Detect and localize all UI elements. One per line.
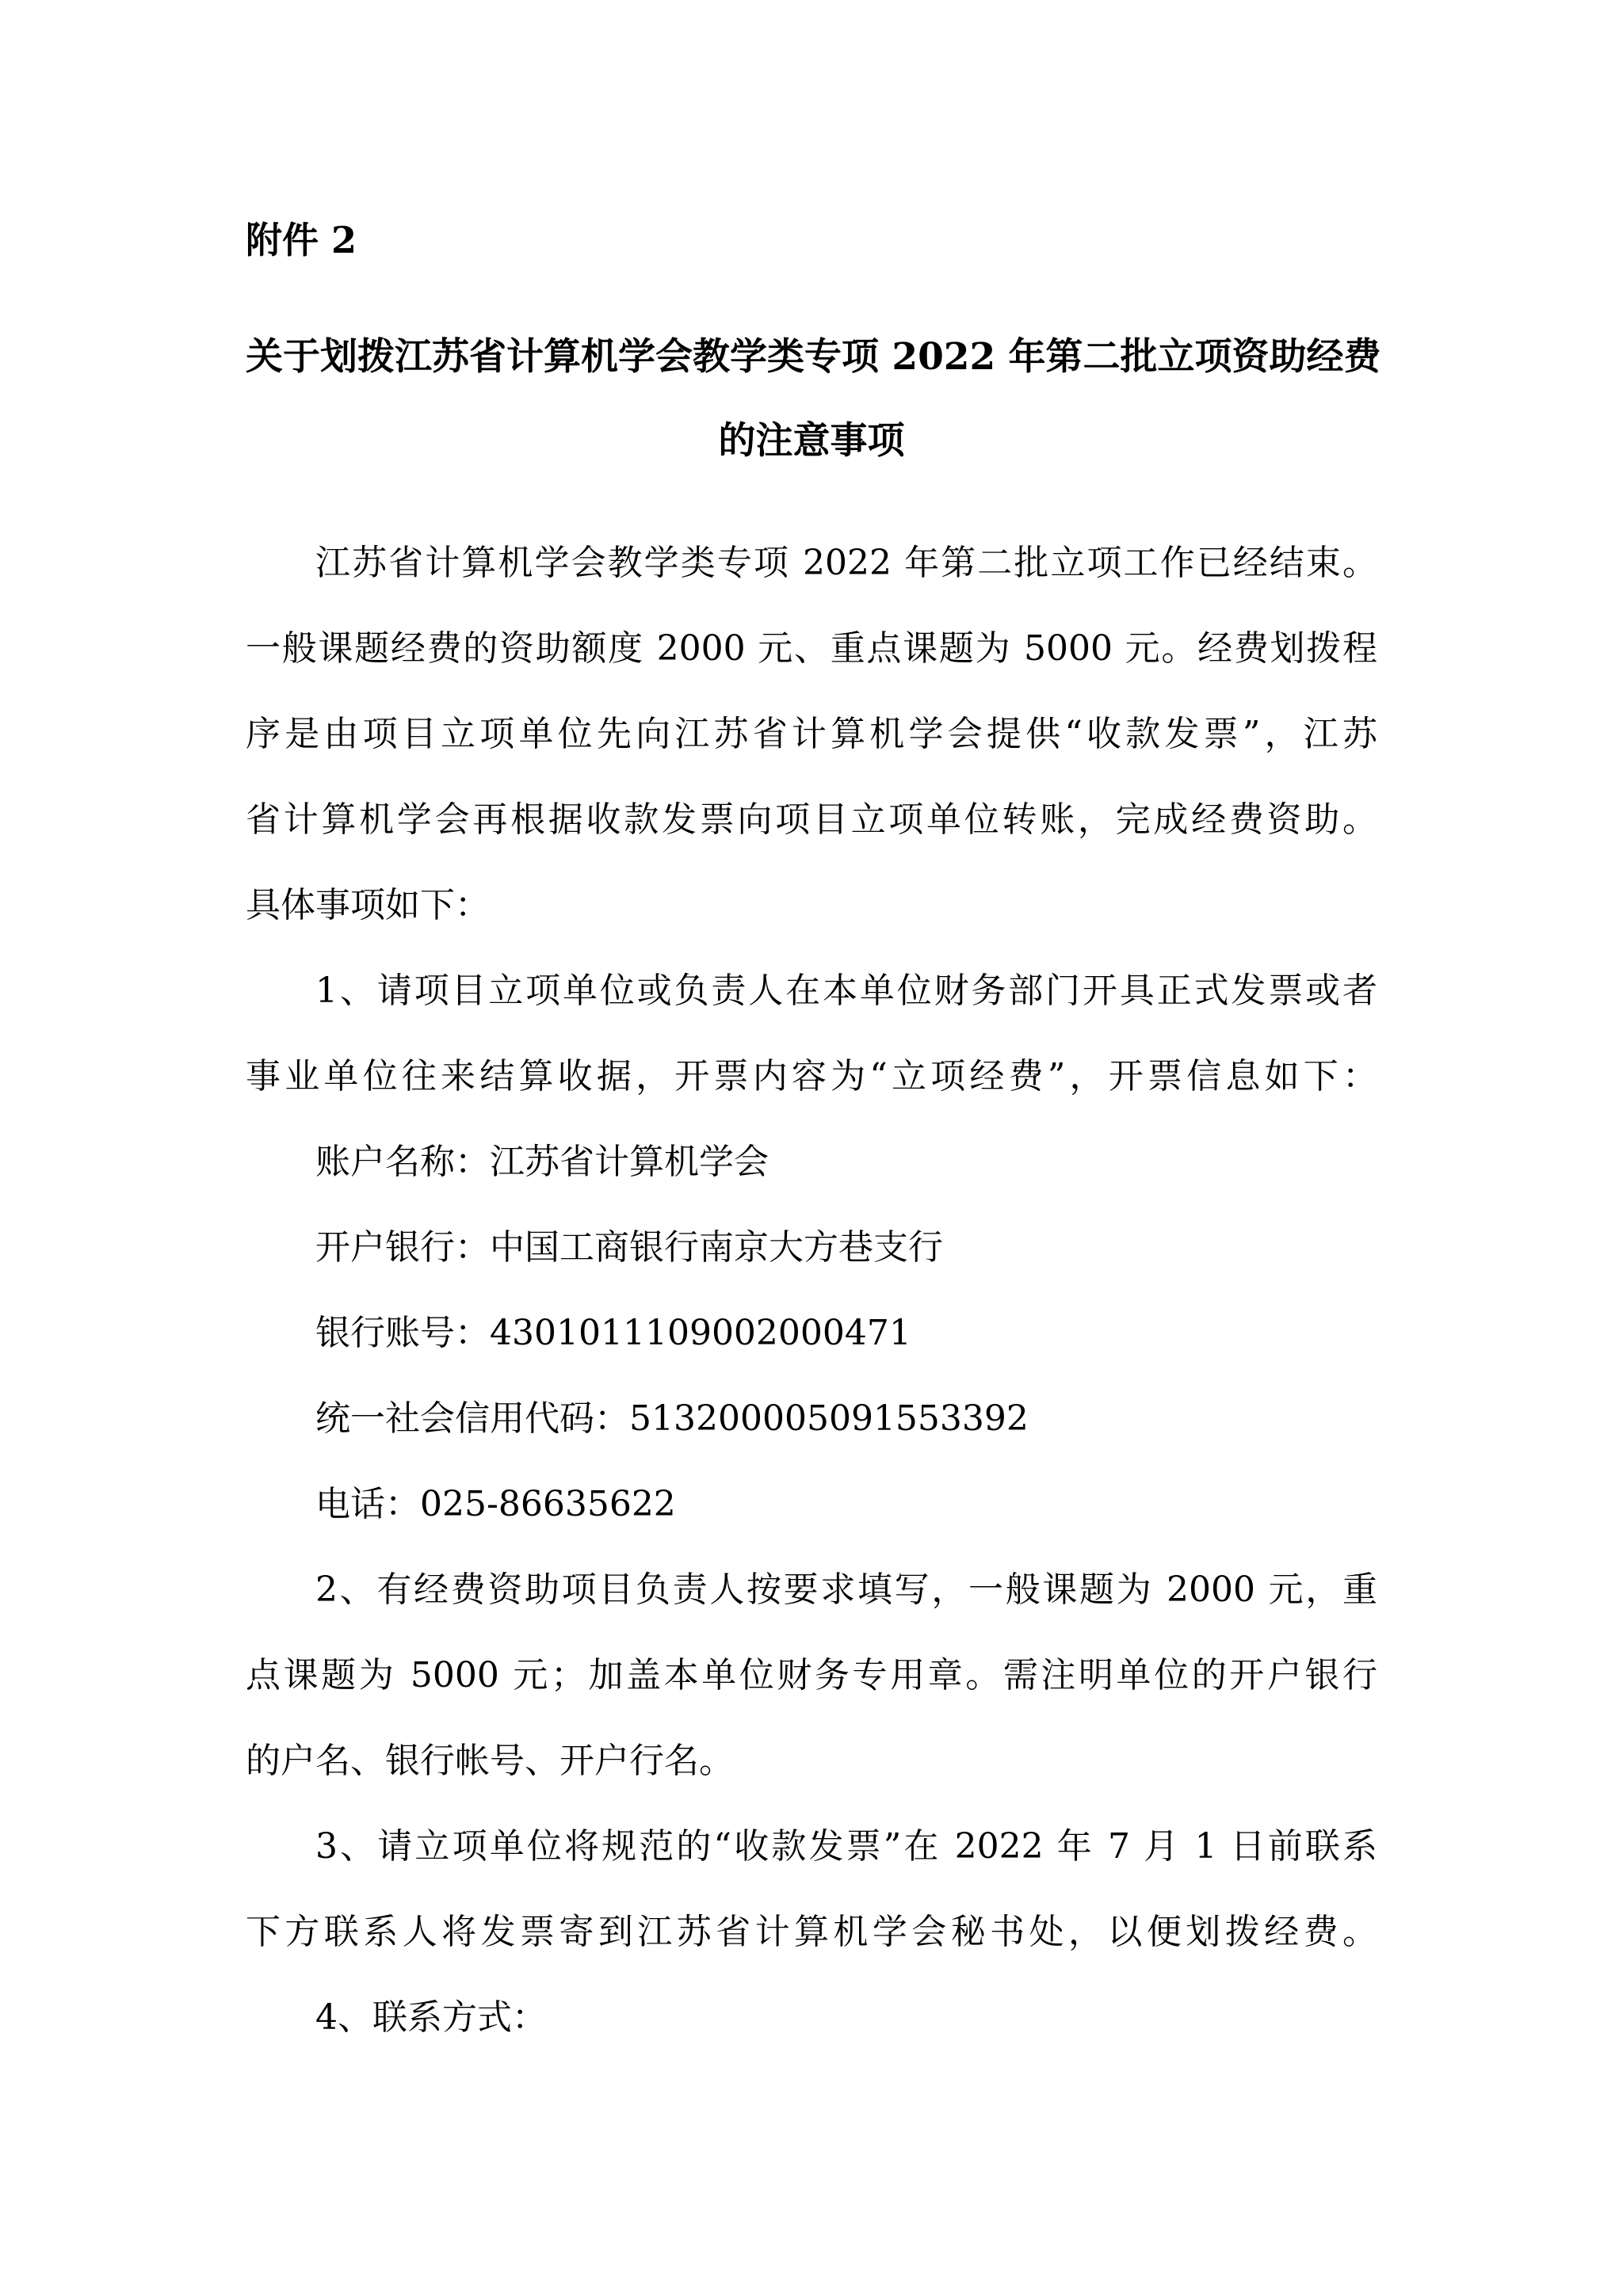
body-line-account-name: 账户名称：江苏省计算机学会 (246, 1119, 1377, 1205)
body-line-bank-name: 开户银行：中国工商银行南京大方巷支行 (246, 1205, 1377, 1291)
body-line: 4、联系方式： (246, 1975, 1377, 2061)
attachment-label: 附件 2 (246, 198, 1377, 282)
body-line: 1、请项目立项单位或负责人在本单位财务部门开具正式发票或者 (246, 948, 1377, 1034)
body-line: 一般课题经费的资助额度 2000 元、重点课题为 5000 元。经费划拨程 (246, 606, 1377, 692)
body-line: 的户名、银行帐号、开户行名。 (246, 1718, 1377, 1804)
body-line-phone: 电话：025-86635622 (246, 1462, 1377, 1547)
body-line: 江苏省计算机学会教学类专项 2022 年第二批立项工作已经结束。 (246, 521, 1377, 606)
body-line: 具体事项如下： (246, 863, 1377, 948)
document-title: 关于划拨江苏省计算机学会教学类专项 2022 年第二批立项资助经费 的注意事项 (246, 315, 1377, 483)
body-line: 点课题为 5000 元；加盖本单位财务专用章。需注明单位的开户银行 (246, 1633, 1377, 1718)
body-line: 2、有经费资助项目负责人按要求填写，一般课题为 2000 元，重 (246, 1547, 1377, 1633)
title-line-1: 关于划拨江苏省计算机学会教学类专项 2022 年第二批立项资助经费 (246, 315, 1377, 399)
body-line: 事业单位往来结算收据，开票内容为“立项经费”，开票信息如下： (246, 1034, 1377, 1119)
body-line: 序是由项目立项单位先向江苏省计算机学会提供“收款发票”，江苏 (246, 692, 1377, 777)
document-body: 江苏省计算机学会教学类专项 2022 年第二批立项工作已经结束。 一般课题经费的… (246, 521, 1377, 2061)
body-line: 省计算机学会再根据收款发票向项目立项单位转账，完成经费资助。 (246, 777, 1377, 863)
body-line-bank-account: 银行账号：4301011109002000471 (246, 1291, 1377, 1376)
title-line-2: 的注意事项 (246, 399, 1377, 483)
body-line: 下方联系人将发票寄到江苏省计算机学会秘书处，以便划拨经费。 (246, 1890, 1377, 1975)
body-line-credit-code: 统一社会信用代码：513200005091553392 (246, 1376, 1377, 1462)
document-page: 附件 2 关于划拨江苏省计算机学会教学类专项 2022 年第二批立项资助经费 的… (0, 0, 1623, 2296)
body-line: 3、请立项单位将规范的“收款发票”在 2022 年 7 月 1 日前联系 (246, 1804, 1377, 1890)
